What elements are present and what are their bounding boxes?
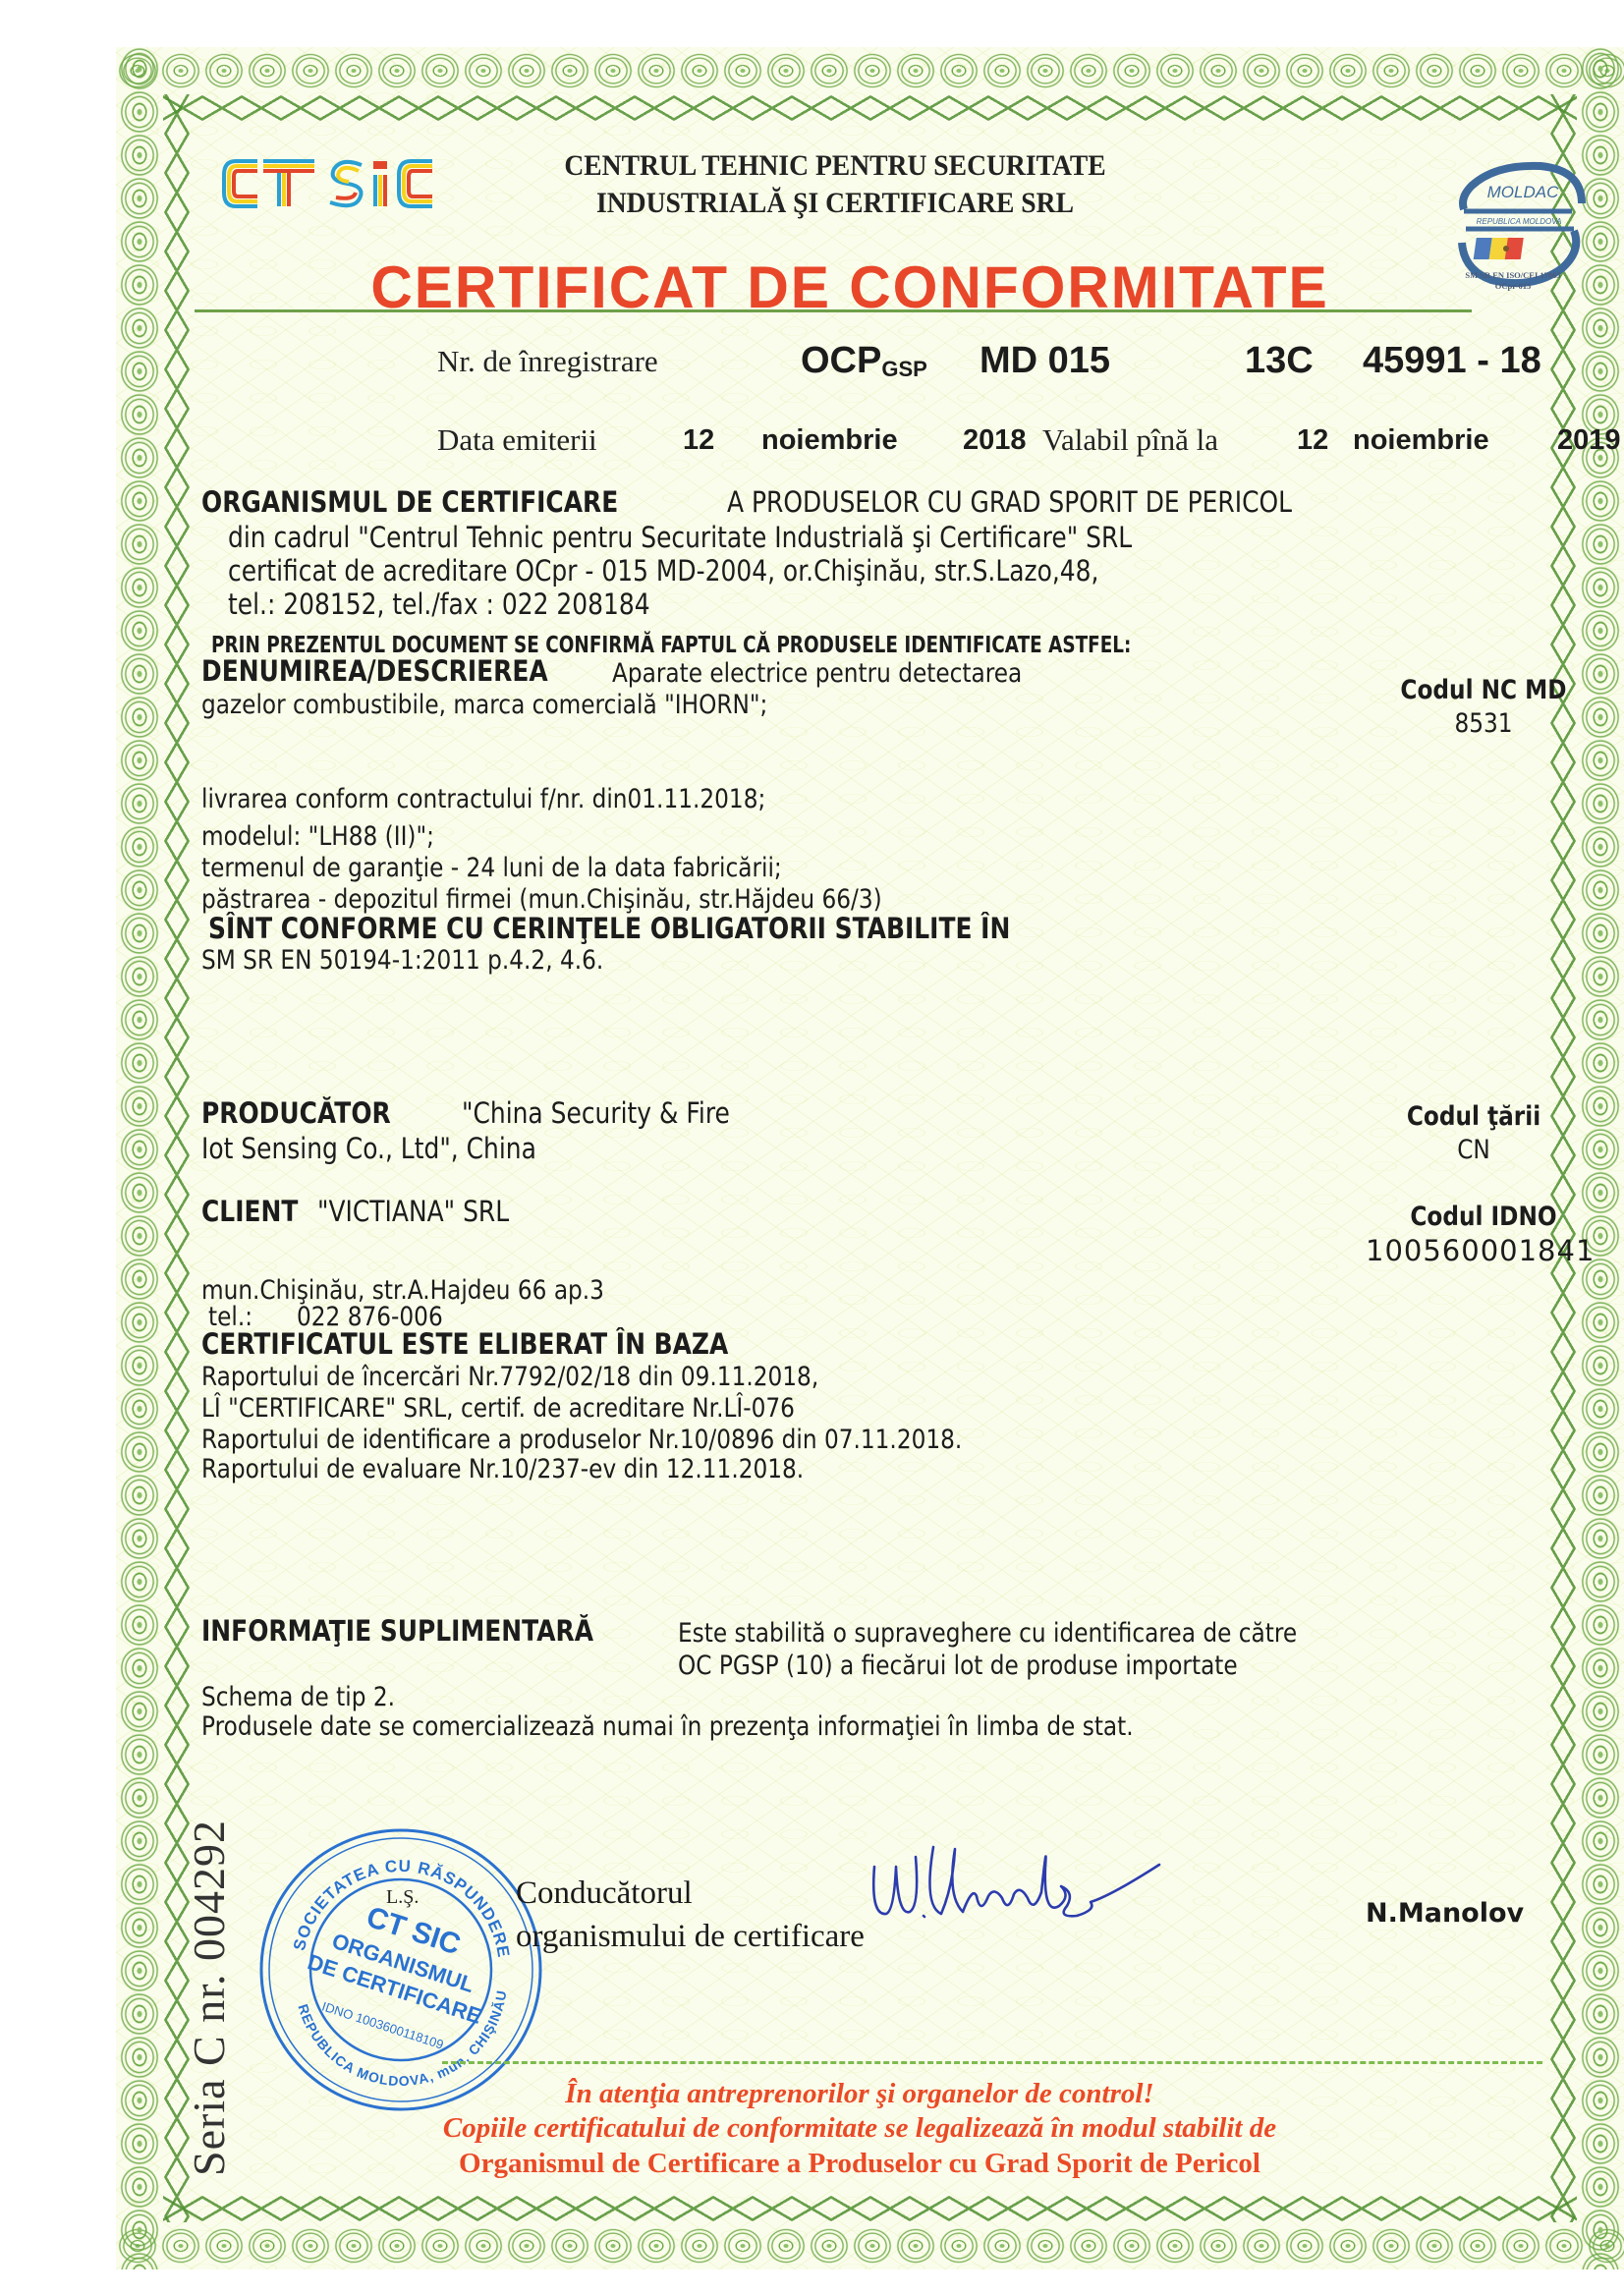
- product-detail-4: păstrarea - depozitul firmei (mun.Chişin…: [201, 884, 992, 915]
- issue-year: 2018: [963, 424, 1027, 457]
- product-desc-line2: gazelor combustibile, marca comercială "…: [201, 690, 767, 720]
- product-detail-3: termenul de garanţie - 24 luni de la dat…: [201, 853, 876, 883]
- product-label: DENUMIREA/DESCRIEREA: [201, 656, 548, 687]
- basis-line-4: Raportului de evaluare Nr.10/237-ev din …: [201, 1454, 902, 1484]
- product-detail-text: termenul de garanţie - 24 luni de la dat…: [201, 853, 782, 883]
- notice-divider: [442, 2061, 1542, 2064]
- state-language-notice: Produsele date se comercializează numai …: [201, 1711, 1134, 1742]
- org-name-line2: INDUSTRIALĂ ŞI CERTIFICARE SRL: [446, 185, 1223, 222]
- nc-code-block: Codul NC MD 8531: [1371, 674, 1596, 741]
- certification-body-heading: ORGANISMUL DE CERTIFICARE: [201, 487, 618, 518]
- product-detail-text: păstrarea - depozitul firmei (mun.Chişin…: [201, 884, 882, 915]
- basis-line-text: Raportului de încercări Nr.7792/02/18 di…: [201, 1362, 818, 1392]
- product-detail-1: livrarea conform contractului f/nr. din0…: [201, 784, 858, 814]
- additional-info-text1: Este stabilită o supraveghere cu identif…: [678, 1618, 1297, 1649]
- basis-line-2: LÎ "CERTIFICARE" SRL, certif. de acredit…: [201, 1393, 891, 1424]
- signatory-role-line1: Conducătorul: [516, 1872, 865, 1915]
- country-code-block: Codul ţării CN: [1361, 1100, 1587, 1167]
- country-code-value: CN: [1376, 1134, 1571, 1167]
- certification-body-heading-rest: A PRODUSELOR CU GRAD SPORIT DE PERICOL: [727, 487, 1292, 518]
- signatory-role-line2: organismului de certificare: [516, 1915, 865, 1958]
- basis-line-3: Raportului de identificare a produselor …: [201, 1425, 1086, 1455]
- registration-prefix: OCPGSP: [801, 340, 927, 382]
- client-name: "VICTIANA" SRL: [317, 1197, 509, 1227]
- producer-line2: Iot Sensing Co., Ltd", China: [201, 1134, 590, 1165]
- scheme-type: Schema de tip 2.: [201, 1682, 395, 1712]
- basis-line-1: Raportului de încercări Nr.7792/02/18 di…: [201, 1362, 919, 1392]
- nc-code-value: 8531: [1386, 707, 1581, 741]
- basis-heading-line: CERTIFICATUL ESTE ELIBERAT ÎN BAZA: [201, 1329, 814, 1361]
- certification-body-line2-text: din cadrul "Centrul Tehnic pentru Securi…: [228, 523, 1132, 553]
- product-description-line1: DENUMIREA/DESCRIEREA Aparate electrice p…: [201, 656, 604, 688]
- notice-line3: Organismul de Certificare a Produselor c…: [295, 2148, 1425, 2180]
- conformity-heading: SÎNT CONFORME CU CERINŢELE OBLIGATORII S…: [208, 914, 1010, 944]
- notice-line2: Copiile certificatului de conformitate s…: [295, 2112, 1425, 2145]
- basis-line-text: LÎ "CERTIFICARE" SRL, certif. de acredit…: [201, 1393, 795, 1424]
- registration-prefix-sub: GSP: [881, 357, 926, 381]
- idno-block: Codul IDNO: [1371, 1201, 1596, 1234]
- basis-line-text: Raportului de identificare a produselor …: [201, 1425, 962, 1455]
- valid-year: 2019: [1557, 424, 1621, 457]
- notice-line1: În atenţia antreprenorilor şi organelor …: [295, 2078, 1425, 2110]
- product-description-line2: gazelor combustibile, marca comercială "…: [201, 690, 860, 720]
- producer-name-line2: Iot Sensing Co., Ltd", China: [201, 1134, 536, 1164]
- moldac-name: MOLDAC: [1487, 183, 1559, 201]
- conformity-standard-line: SM SR EN 50194-1:2011 p.4.2, 4.6.: [201, 945, 669, 976]
- product-detail-2: modelul: "LH88 (II)";: [201, 821, 473, 852]
- conformity-heading-line: SÎNT CONFORME CU CERINŢELE OBLIGATORII S…: [208, 914, 1141, 945]
- registration-part2: 13C: [1245, 340, 1314, 382]
- moldac-caption: SM SR EN ISO/CEI 17065 OCpr-015: [1439, 270, 1587, 292]
- basis-heading: CERTIFICATUL ESTE ELIBERAT ÎN BAZA: [201, 1329, 728, 1360]
- additional-info-line2: OC PGSP (10) a fiecărui lot de produse i…: [678, 1651, 1328, 1681]
- additional-info-label: INFORMAŢIE SUPLIMENTARĂ: [201, 1616, 593, 1647]
- client-line: CLIENT "VICTIANA" SRL: [201, 1197, 313, 1228]
- certification-body-line2: din cadrul "Centrul Tehnic pentru Securi…: [228, 523, 1279, 554]
- registration-prefix-main: OCP: [801, 340, 881, 381]
- additional-info-line1: INFORMAŢIE SUPLIMENTARĂ Este stabilită o…: [201, 1616, 657, 1648]
- valid-until-label: Valabil pînă la: [1042, 422, 1218, 458]
- basis-line-text: Raportului de evaluare Nr.10/237-ev din …: [201, 1454, 804, 1484]
- client-label: CLIENT: [201, 1197, 298, 1227]
- registration-label: Nr. de înregistrare: [437, 344, 658, 379]
- issue-date-label: Data emiterii: [437, 422, 597, 458]
- idno-value: 100560001841: [1366, 1234, 1595, 1267]
- conformity-standard: SM SR EN 50194-1:2011 p.4.2, 4.6.: [201, 945, 603, 976]
- serial-number: Seria C nr. 004292: [183, 1819, 235, 2176]
- producer-name-line1: "China Security & Fire: [462, 1098, 730, 1129]
- organization-name: CENTRUL TEHNIC PENTRU SECURITATE INDUSTR…: [446, 147, 1223, 222]
- certification-body-line3: certificat de acreditare OCpr - 015 MD-2…: [228, 556, 1241, 588]
- official-stamp: SOCIETATEA CU RĂSPUNDERE LIMITATĂ REPUBL…: [253, 1822, 548, 2117]
- valid-day: 12: [1297, 424, 1328, 457]
- moldac-code: OCpr-015: [1439, 281, 1587, 292]
- certification-body-heading-line: ORGANISMUL DE CERTIFICARE A PRODUSELOR C…: [201, 487, 708, 519]
- additional-info-line4: Produsele date se comercializează numai …: [201, 1711, 1285, 1742]
- idno-label: Codul IDNO: [1386, 1201, 1581, 1234]
- moldac-standard: SM SR EN ISO/CEI 17065: [1439, 270, 1587, 281]
- signatory-role: Conducătorul organismului de certificare: [516, 1872, 865, 1958]
- additional-info-line3: Schema de tip 2.: [201, 1682, 426, 1712]
- additional-info-text2: OC PGSP (10) a fiecărui lot de produse i…: [678, 1651, 1238, 1681]
- org-name-line1: CENTRUL TEHNIC PENTRU SECURITATE: [446, 147, 1223, 185]
- registration-part3: 45991 - 18: [1363, 340, 1541, 382]
- signer-name: N.Manolov: [1366, 1898, 1524, 1929]
- certification-body-line4: tel.: 208152, tel./fax : 022 208184: [228, 589, 719, 621]
- valid-month: noiembrie: [1353, 424, 1489, 457]
- certification-body-line4-text: tel.: 208152, tel./fax : 022 208184: [228, 589, 650, 620]
- issue-month: noiembrie: [761, 424, 898, 457]
- product-desc-line1: Aparate electrice pentru detectarea: [612, 658, 1022, 689]
- handwritten-signature: [865, 1827, 1179, 1935]
- registration-part1: MD 015: [980, 340, 1110, 382]
- title-underline: [195, 309, 1472, 312]
- product-detail-text: livrarea conform contractului f/nr. din0…: [201, 784, 765, 814]
- ctsic-logo: [218, 153, 436, 214]
- country-code-label: Codul ţării: [1376, 1100, 1571, 1134]
- producer-label: PRODUCĂTOR: [201, 1098, 391, 1129]
- nc-code-label: Codul NC MD: [1386, 674, 1581, 707]
- moldac-country: REPUBLICA MOLDOVA: [1477, 217, 1562, 226]
- product-detail-text: modelul: "LH88 (II)";: [201, 821, 434, 852]
- certification-body-line3-text: certificat de acreditare OCpr - 015 MD-2…: [228, 556, 1098, 587]
- seal-place-label: L.Ş.: [386, 1886, 419, 1909]
- producer-line1: PRODUCĂTOR "China Security & Fire: [201, 1098, 421, 1130]
- issue-day: 12: [683, 424, 714, 457]
